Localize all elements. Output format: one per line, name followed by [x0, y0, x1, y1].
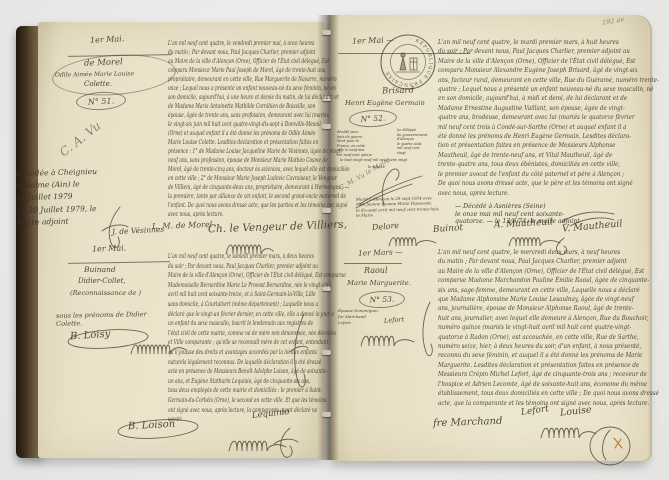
- text-line: au Maire de la ville d'Alençon (Orne), O…: [168, 57, 329, 66]
- svg-text:· RÉPUBLIQUE FRANÇAISE ·: · RÉPUBLIQUE FRANÇAISE ·: [384, 38, 434, 88]
- text-line: naturels légalement reconnus. De laquell…: [168, 358, 329, 368]
- text-line: de Villiers, âgé de cinquante-deux ans, …: [168, 183, 329, 192]
- margin-act-name: Odile Aimée Marie Louise: [55, 70, 134, 78]
- stamp-figure: [396, 53, 420, 72]
- circled-paraph: [588, 424, 636, 468]
- text-line: reconnu du sexe féminin, et auquel il a …: [438, 351, 659, 360]
- text-line: au Maire de la ville d'Alençon (Orne), O…: [438, 267, 659, 276]
- text-line: comparu Monsieur Alexandre Eugène Joseph…: [438, 66, 659, 75]
- republique-francaise-stamp: · RÉPUBLIQUE FRANÇAISE ·: [378, 32, 438, 92]
- margin-act-date: 1er Mai.: [90, 34, 125, 45]
- act-number: N° 52.: [360, 113, 385, 123]
- text-line: Maire de la ville d'Alençon (Orne), Offi…: [168, 271, 329, 281]
- act-number: N° 51.: [88, 96, 115, 106]
- margin-mention: Épouse Dominiguezfre MarchandLefort: [338, 308, 378, 326]
- margin-act-date: 1er Mars —: [358, 247, 403, 258]
- margin-act-name: Henri Eugène Germain: [345, 99, 425, 107]
- act-body-text: L'an mil neuf cent quatre, le vendredi p…: [168, 39, 329, 219]
- text-line: l'état civil de cette mairie, comme né d…: [168, 329, 329, 339]
- stamp-text: · RÉPUBLIQUE FRANÇAISE ·: [384, 38, 434, 88]
- text-line: du soir ; Par devant nous, Paul Jacques …: [168, 262, 329, 272]
- text-line: Maire adjoint: [16, 215, 98, 229]
- text-line: acte en présence de Messieurs Benoît Ado…: [168, 367, 329, 377]
- text-line: comparu Monsieur Marie Paul Joseph de Mo…: [168, 66, 329, 75]
- text-line: L'an mil neuf cent quatre, le vendredi p…: [168, 39, 329, 48]
- signature: Buinot: [433, 223, 464, 235]
- text-line: tion et présentation faites en présence …: [438, 141, 659, 150]
- text-line: de Madame Marie Antoinette Mathilde Corn…: [168, 102, 329, 111]
- text-line: été donné les prénoms de Henri Eugène Ge…: [438, 132, 659, 141]
- text-line: six ans, sage-femme, demeurant en cette …: [438, 286, 659, 295]
- text-line: et Ville comparante ; qu'elle se reconna…: [168, 338, 329, 348]
- text-line: le premier avocat de l'enfant du côté pa…: [438, 170, 659, 179]
- text-line: du matin ; Par devant nous, Paul Jacques…: [168, 48, 329, 57]
- text-line: mil neuf cent quinze: [337, 153, 372, 158]
- margin-act-name: Brisard: [382, 85, 414, 96]
- text-line: Marie Louise Colette. Lesdites déclarati…: [168, 138, 329, 147]
- text-line: Lefort: [338, 320, 378, 326]
- text-line: présence : 1° de Madame Louise Jacquelin…: [168, 147, 329, 156]
- text-line: quatre ; Lequel nous a présenté un enfan…: [438, 85, 659, 94]
- text-line: l'enfant. De quoi nous avons dressé acte…: [168, 201, 329, 210]
- margin-mention: Le déléguédu gouvernementd'Alençonle qua…: [397, 128, 427, 156]
- margin-act-name: (Reconnaissance de ): [70, 289, 141, 297]
- text-line: Décédée à Cheignieu: [15, 166, 97, 180]
- text-line: De quoi nous avons dressé acte, que le p…: [438, 179, 659, 188]
- text-line: onze ; Lequel nous a présenté un enfant …: [168, 84, 329, 93]
- text-line: avril mil huit cent soixante-treize, et …: [168, 290, 329, 300]
- text-line: ont signé avec nous, après lecture, la c…: [168, 406, 329, 416]
- text-line: numéro quinze (mariés le vingt-huit avri…: [438, 323, 659, 332]
- margin-act-name: Buinand: [84, 265, 116, 274]
- text-line: Germain-du-Corbéis (Orne), le second en …: [168, 396, 329, 406]
- act-body-text: L'an mil neuf cent quatre, le samedi pre…: [168, 252, 329, 425]
- text-line: huit ans, journalier, avec lequel elle d…: [438, 314, 659, 323]
- text-line: quatre ans, brodeuse, demeurant avec lui…: [438, 113, 659, 122]
- margin-mention-footer: le tout vingt-neuf mil neuf cent vingt.: [340, 158, 408, 162]
- margin-mention: décédé pourfaits de guerreMort pour laFr…: [337, 130, 372, 158]
- text-line: L'an mil neuf cent quatre, le samedi pre…: [168, 252, 329, 262]
- text-line: l'hospice et Adrien Lecomte, âgé de soix…: [438, 380, 659, 389]
- margin-act-name: Raoul: [364, 266, 388, 275]
- text-line: Mautheuil, âgé de trente-neuf ans, et Vi…: [438, 151, 659, 160]
- text-line: Messieurs Crépin Michel Lefort, âgé de c…: [438, 370, 659, 379]
- text-line: établissement, tous deux domiciliés en c…: [438, 389, 659, 398]
- register-book: 1er Mai. de Morel Odile Aimée Marie Loui…: [0, 0, 669, 480]
- text-line: L'an mil neuf cent quatre, le mercredi d…: [438, 248, 659, 257]
- text-line: propriétaire, demeurant en cette ville, …: [168, 75, 329, 84]
- signature: Lefort: [384, 315, 405, 324]
- text-line: épouse, âgée de trente ans, sans profess…: [168, 111, 329, 120]
- text-line: L'an mil neuf cent quatre, le mardi prem…: [438, 38, 659, 47]
- text-line: du matin ; Par devant nous, Paul Jacques…: [438, 257, 659, 266]
- text-line: avec nous, après lecture.: [438, 189, 659, 198]
- text-line: du soir ; Par devant nous, Paul Jacques …: [438, 47, 659, 56]
- text-line: Madame Ernestine Augustine Vaillant, son…: [438, 104, 659, 113]
- text-line: Le 30 Juillet 1979, le: [16, 203, 98, 217]
- text-line: tous deux employés de cette mairie et do…: [168, 386, 329, 396]
- text-line: déclaré que le vingt-un février dernier,…: [168, 310, 329, 320]
- signature-paraph: [416, 300, 436, 362]
- text-line: que Madame Alphonsine Marie Louise Lesau…: [438, 295, 659, 304]
- text-line: la première, tante par alliance de cet e…: [168, 192, 329, 201]
- margin-act-date: 1er Mai.: [92, 243, 127, 253]
- text-line: Maire de la ville d'Alençon (Orne), Offi…: [438, 57, 659, 66]
- act-body-text: L'an mil neuf cent quatre, le mercredi d…: [438, 248, 659, 408]
- margin-act-name: Didier-Collet,: [78, 277, 126, 285]
- spine-stitch: [322, 30, 331, 35]
- text-line: numéro seize, hier, à deux heures du soi…: [438, 342, 659, 351]
- margin-act-name: Colette.: [84, 80, 112, 88]
- text-line: qu'il jouisse des droits et avantages ac…: [168, 348, 329, 358]
- text-line: un ans, et Eugène Stathurin Lequinio, âg…: [168, 377, 329, 387]
- text-line: neuf ans, sans profession, épouse de Mon…: [168, 156, 329, 165]
- margin-act-name: Marie Marguerite.: [347, 279, 411, 287]
- text-line: Marguerite. Lesdites déclaration et prés…: [438, 361, 659, 370]
- text-line: en son domicile, aujourd'hui, à midi et …: [438, 94, 659, 103]
- text-line: Mademoiselle Bernardine Marie Le Provost…: [168, 281, 329, 291]
- text-line: quatorze à Radon (Orne), est accouchée, …: [438, 333, 659, 342]
- text-line: vingt.: [397, 151, 427, 156]
- text-line: ans, facteur rural, demeurant en cette v…: [438, 76, 659, 85]
- act-number: N° 53.: [370, 295, 395, 305]
- text-line: Morel, âgé de trente-cinq ans, docteur è…: [168, 165, 329, 174]
- text-line: le vingt-six juin mil huit cent quatre-v…: [168, 120, 329, 129]
- text-line: sans domicile, à Courtalvert (même dépar…: [168, 300, 329, 310]
- margin-act-name: de Morel: [84, 57, 123, 68]
- text-line: son domicile, aujourd'hui, à une heure e…: [168, 93, 329, 102]
- signature-paraph: [270, 426, 300, 460]
- text-line: mil neuf cent trois à Condé-sur-Sarthe (…: [438, 123, 659, 132]
- officer-signature-loops: [360, 332, 416, 349]
- text-line: comparue Madame Marchandon Pauline Émili…: [438, 276, 659, 285]
- margin-rule: [344, 263, 402, 264]
- death-annotation: Décédée à Cheignieula Balme (Ain) le18 J…: [15, 166, 98, 229]
- text-line: ans, journalière, épouse de Monsieur Alp…: [438, 304, 659, 313]
- text-line: un enfant du sexe masculin, inscrit le l…: [168, 319, 329, 329]
- act-body-text: L'an mil neuf cent quatre, le mardi prem…: [438, 38, 659, 198]
- text-line: (Orne) et auquel enfant il a été donné l…: [168, 129, 329, 138]
- text-line: avec nous, après lecture.: [168, 210, 329, 219]
- marriage-annotation: Marié à Alençon le 29 sept 1934 avecMlle…: [356, 195, 440, 218]
- text-line: trente-quatre ans, tous deux ébénistes, …: [438, 160, 659, 169]
- signature-flourish: [116, 418, 202, 440]
- margin-mention: sous les prénoms de DidierColette.: [56, 310, 147, 328]
- text-line: en cette ville ; 2° de Monsieur Marie Jo…: [168, 174, 329, 183]
